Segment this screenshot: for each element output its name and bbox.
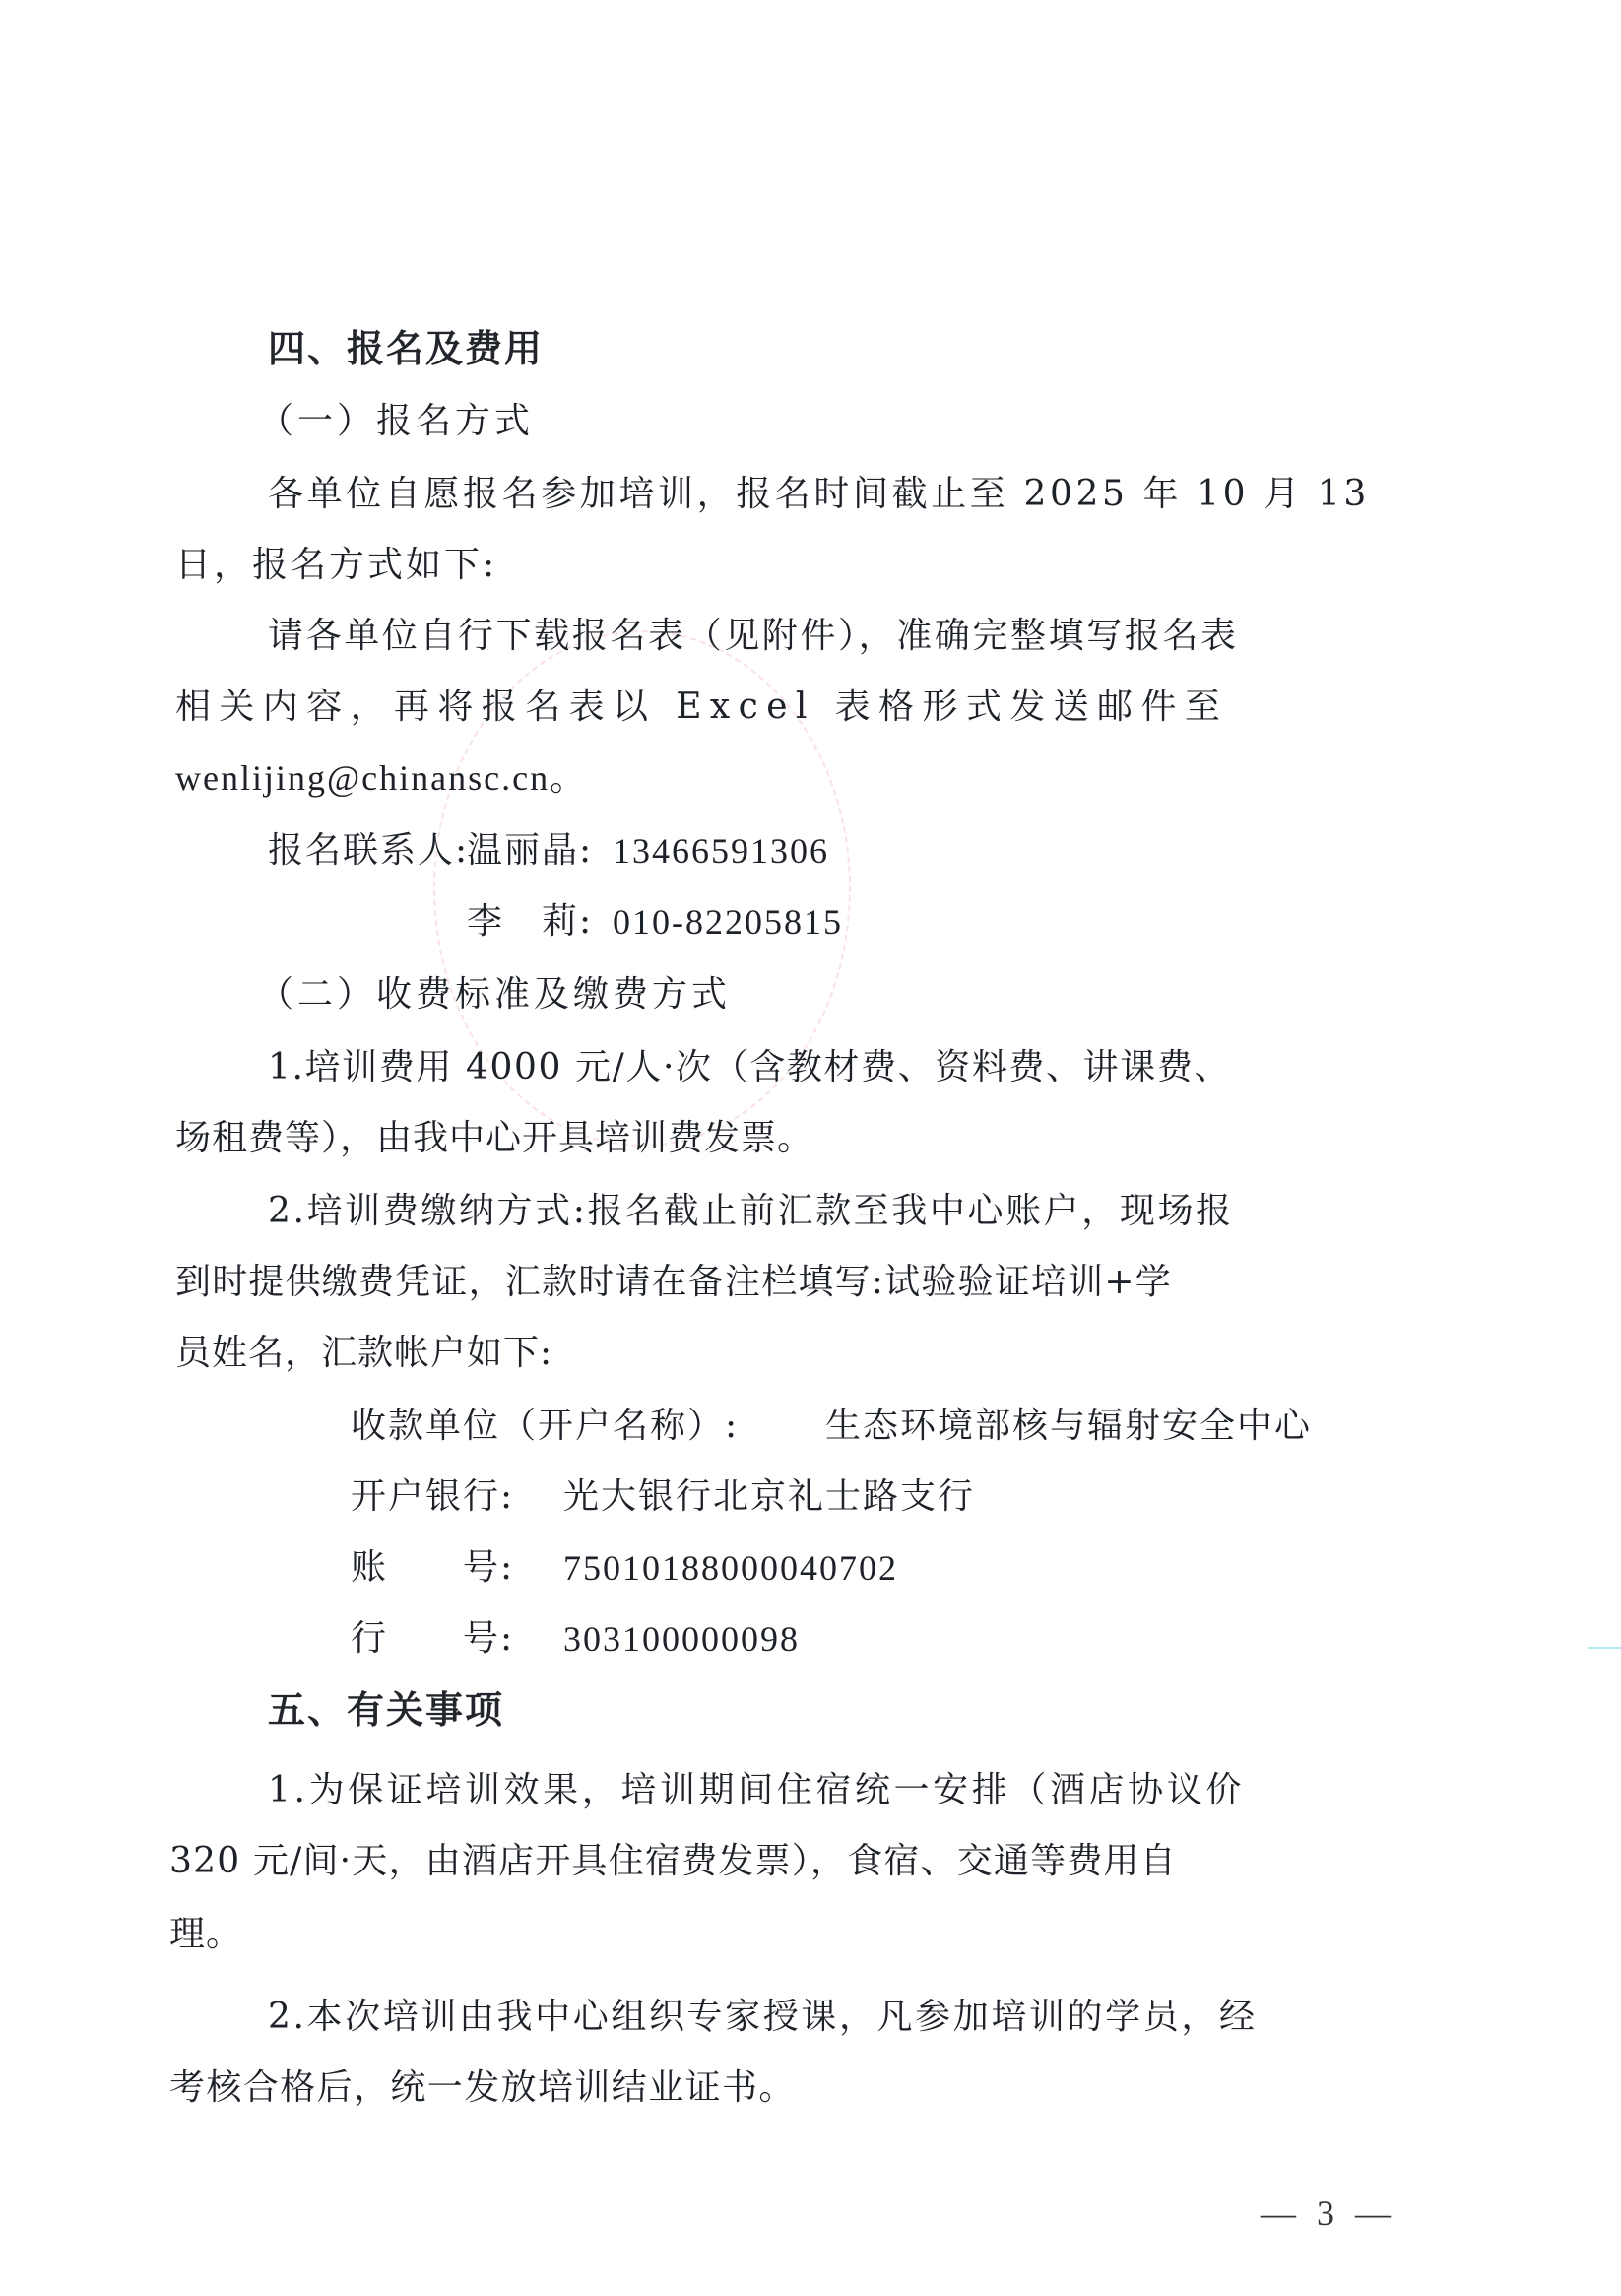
notes-item-2-line-1: 2.本次培训由我中心组织专家授课，凡参加培训的学员，经	[268, 1994, 1258, 2041]
bank-value: 光大银行北京礼士路支行	[563, 1474, 975, 1521]
document-page: 四、报名及费用 （一）报名方式 各单位自愿报名参加培训，报名时间截止至 2025…	[0, 0, 1621, 2296]
subsection-2-heading: （二）收费标准及缴费方式	[258, 971, 731, 1018]
notes-item-1-line-3: 理。	[169, 1911, 242, 1958]
bank-code-label: 行 号:	[351, 1615, 514, 1663]
payee-label: 收款单位（开户名称）:	[351, 1403, 739, 1450]
registration-paragraph-line-1: 各单位自愿报名参加培训，报名时间截止至 2025 年 10 月 13	[268, 471, 1370, 518]
payee-value: 生态环境部核与辐射安全中心	[825, 1403, 1312, 1450]
contact-label: 报名联系人:	[268, 827, 469, 875]
registration-email[interactable]: wenlijing@chinansc.cn。	[175, 754, 587, 802]
section-4-heading: 四、报名及费用	[268, 325, 544, 372]
download-form-line-1: 请各单位自行下载报名表（见附件），准确完整填写报名表	[268, 613, 1239, 660]
subsection-1-heading: （一）报名方式	[258, 398, 534, 445]
scan-artifact-mark	[1588, 1647, 1621, 1649]
account-number-label: 账 号:	[351, 1544, 514, 1592]
notes-item-1-line-2: 320 元/间·天，由酒店开具住宿费发票），食宿、交通等费用自	[169, 1838, 1177, 1885]
fee-item-2-line-2: 到时提供缴费凭证，汇款时请在备注栏填写:试验验证培训+学	[175, 1259, 1172, 1306]
fee-item-2-line-1: 2.培训费缴纳方式:报名截止前汇款至我中心账户，现场报	[268, 1188, 1234, 1235]
fee-item-2-line-3: 员姓名，汇款帐户如下:	[175, 1330, 552, 1377]
download-form-line-2: 相关内容，再将报名表以 Excel 表格形式发送邮件至	[175, 684, 1228, 731]
bank-label: 开户银行:	[351, 1474, 514, 1521]
contact-2-phone: 010-82205815	[613, 898, 843, 946]
contact-1-phone: 13466591306	[613, 827, 829, 875]
registration-paragraph-line-2: 日，报名方式如下:	[175, 542, 497, 589]
account-number-value: 75010188000040702	[563, 1544, 898, 1592]
contact-1-name: 温丽晶:	[467, 827, 593, 875]
notes-item-2-line-2: 考核合格后，统一发放培训结业证书。	[169, 2065, 796, 2112]
bank-code-value: 303100000098	[563, 1615, 800, 1663]
section-5-heading: 五、有关事项	[268, 1686, 504, 1734]
fee-item-1-line-1: 1.培训费用 4000 元/人·次（含教材费、资料费、讲课费、	[268, 1044, 1231, 1091]
page-number: — 3 —	[1261, 2193, 1396, 2234]
notes-item-1-line-1: 1.为保证培训效果，培训期间住宿统一安排（酒店协议价	[268, 1767, 1245, 1814]
contact-2-name: 李 莉:	[467, 898, 593, 946]
fee-item-1-line-2: 场租费等），由我中心开具培训费发票。	[175, 1115, 813, 1162]
